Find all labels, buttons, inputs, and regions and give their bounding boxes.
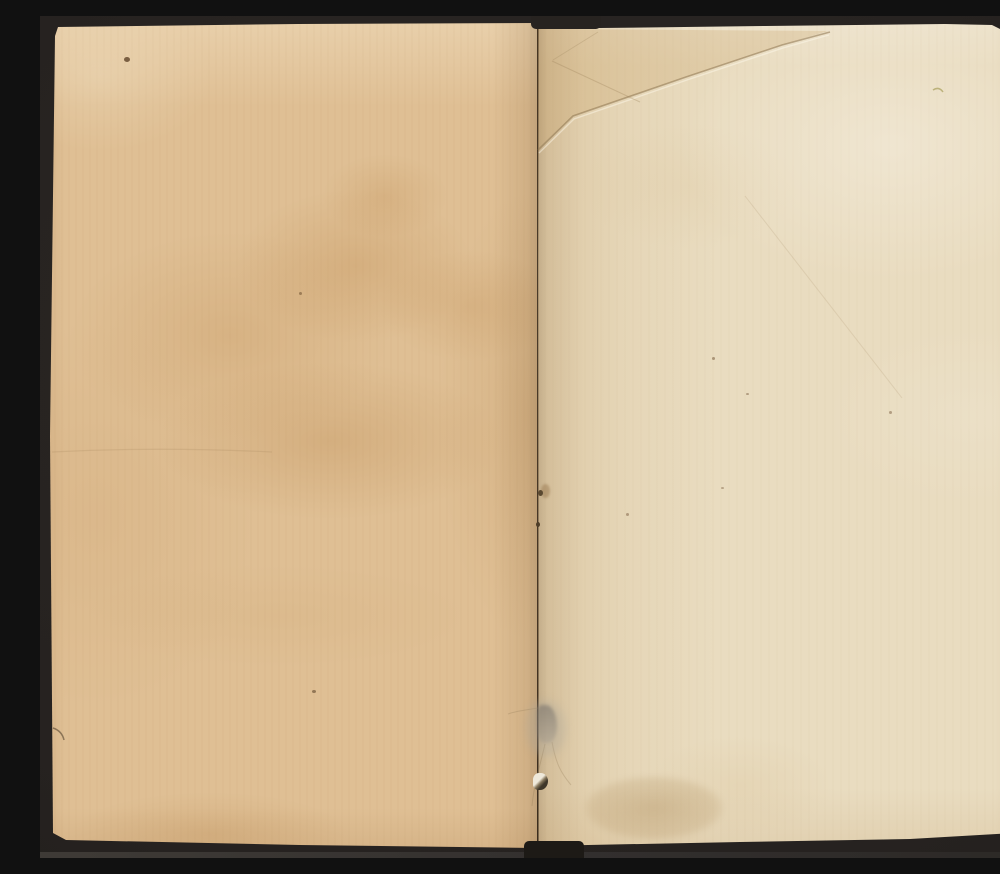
paper-fleck <box>889 411 892 414</box>
fold-crease-main <box>538 32 830 150</box>
book-scan <box>40 16 1000 858</box>
scratch-mark <box>933 88 943 92</box>
left-page-crease <box>52 449 272 452</box>
paper-fleck <box>124 57 130 62</box>
fold-crease-highlight <box>539 35 829 153</box>
crease-lines <box>40 16 1000 858</box>
paper-fleck <box>299 292 302 295</box>
paper-fleck <box>721 487 724 489</box>
fold-crease-minor <box>552 61 640 102</box>
scratch-mark <box>53 728 64 740</box>
paper-fleck <box>712 357 715 360</box>
faint-crease <box>745 196 902 398</box>
paper-fleck <box>746 393 749 395</box>
bottom-oval-stain <box>585 776 723 840</box>
paper-fleck <box>626 513 629 516</box>
fold-crease-minor <box>553 32 598 60</box>
paper-fleck <box>312 690 316 693</box>
